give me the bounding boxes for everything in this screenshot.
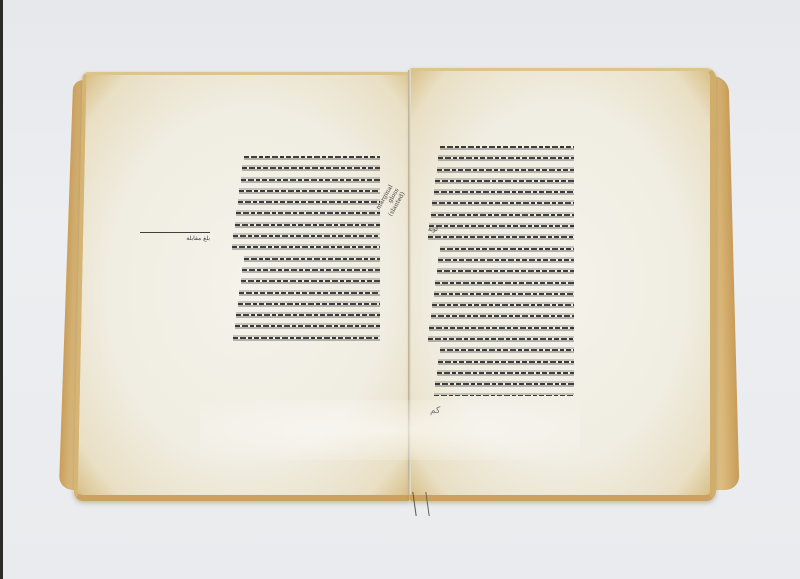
light-glare [200, 400, 580, 460]
handwritten-line [440, 248, 574, 250]
handwritten-line [232, 246, 380, 248]
open-manuscript: بلغ مقابلة marginal gloss (slanted) لوية… [0, 0, 800, 579]
handwritten-line [241, 179, 380, 181]
handwritten-line [429, 327, 574, 329]
handwritten-line [432, 304, 574, 306]
left-page-text-block [232, 156, 380, 346]
signature-stroke [140, 232, 210, 233]
handwritten-line [236, 212, 380, 214]
handwritten-line [432, 202, 574, 204]
handwritten-line [440, 146, 574, 148]
handwritten-line [438, 157, 574, 159]
handwritten-line [437, 270, 574, 272]
handwritten-line [244, 258, 380, 260]
handwritten-line [239, 292, 380, 294]
right-margin-word: لوية [428, 226, 438, 233]
handwritten-line [440, 349, 574, 351]
handwritten-line [236, 314, 380, 316]
handwritten-line [437, 372, 574, 374]
handwritten-line [428, 236, 574, 238]
handwritten-line [233, 337, 380, 339]
handwritten-line [431, 315, 574, 317]
handwritten-line [233, 235, 380, 237]
handwritten-line [431, 214, 574, 216]
handwritten-line [434, 293, 574, 295]
handwritten-line [241, 280, 380, 282]
handwritten-line [238, 201, 380, 203]
handwritten-line [435, 383, 574, 385]
handwritten-line [235, 325, 380, 327]
handwritten-line [435, 282, 574, 284]
handwritten-line [242, 269, 380, 271]
handwritten-line [239, 190, 380, 192]
handwritten-line [235, 224, 380, 226]
handwritten-line [238, 303, 380, 305]
left-margin-signature: بلغ مقابلة [140, 232, 210, 242]
handwritten-line [242, 167, 380, 169]
handwritten-line [434, 191, 574, 193]
handwritten-line [437, 169, 574, 171]
right-page-text-block [428, 146, 574, 396]
handwritten-line [429, 225, 574, 227]
handwritten-line [438, 259, 574, 261]
handwritten-line [434, 395, 574, 396]
handwritten-line [438, 361, 574, 363]
handwritten-line [244, 156, 380, 158]
handwritten-line [435, 180, 574, 182]
handwritten-line [428, 338, 574, 340]
